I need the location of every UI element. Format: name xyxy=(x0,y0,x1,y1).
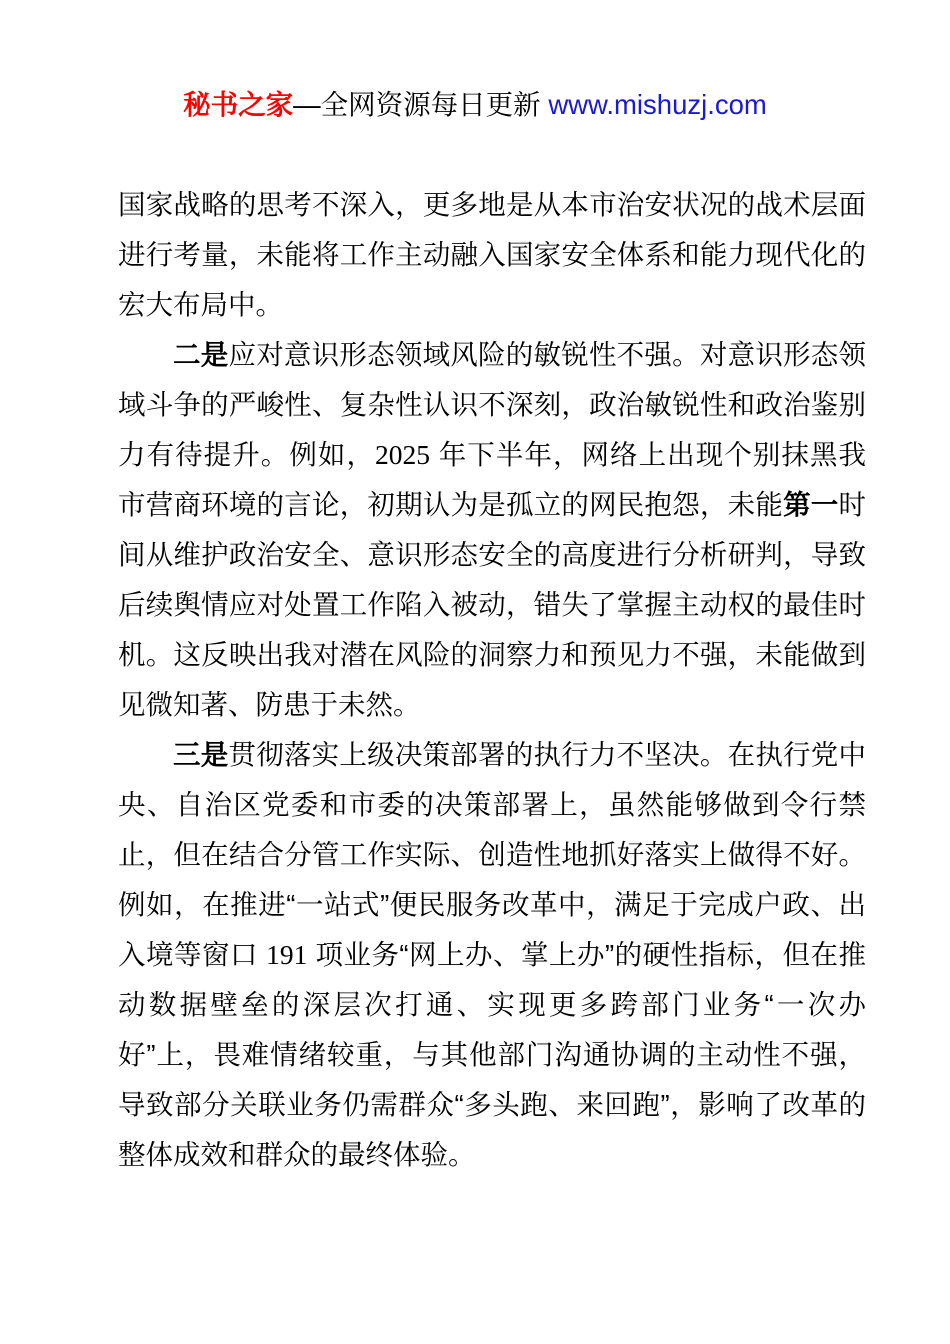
document-body: 国家战略的思考不深入，更多地是从本市治安状况的战术层面进行考量，未能将工作主动融… xyxy=(118,180,866,1180)
text-run: 贯彻落实上级决策部署的执行力不坚决。在执行党中央、自治区党委和市委的决策部署上，… xyxy=(118,739,866,1170)
text-run: 应对意识形态领域风险的敏锐性不强。对意识形态领域斗争的严峻性、复杂性认识不深刻，… xyxy=(118,339,866,520)
number-text: 191 xyxy=(266,939,307,970)
site-tagline: —全网资源每日更新 xyxy=(293,89,548,120)
site-name: 秘书之家 xyxy=(183,89,293,120)
text-run: 国家战略的思考不深入，更多地是从本市治安状况的战术层面进行考量，未能将工作主动融… xyxy=(118,189,866,320)
site-url-link[interactable]: www.mishuzj.com xyxy=(548,89,767,120)
paragraph: 国家战略的思考不深入，更多地是从本市治安状况的战术层面进行考量，未能将工作主动融… xyxy=(118,180,866,330)
page: 秘书之家—全网资源每日更新 www.mishuzj.com 国家战略的思考不深入… xyxy=(0,0,950,1344)
text-run: 时间从维护政治安全、意识形态安全的高度进行分析研判，导致后续舆情应对处置工作陷入… xyxy=(118,489,866,720)
paragraph: 三是贯彻落实上级决策部署的执行力不坚决。在执行党中央、自治区党委和市委的决策部署… xyxy=(118,730,866,1180)
document-header: 秘书之家—全网资源每日更新 www.mishuzj.com xyxy=(0,0,950,124)
paragraph: 二是应对意识形态领域风险的敏锐性不强。对意识形态领域斗争的严峻性、复杂性认识不深… xyxy=(118,330,866,730)
emphasis-run: 第一 xyxy=(783,489,838,520)
emphasis-run: 三是 xyxy=(173,739,228,770)
emphasis-run: 二是 xyxy=(173,339,228,370)
number-text: 2025 xyxy=(375,439,430,470)
